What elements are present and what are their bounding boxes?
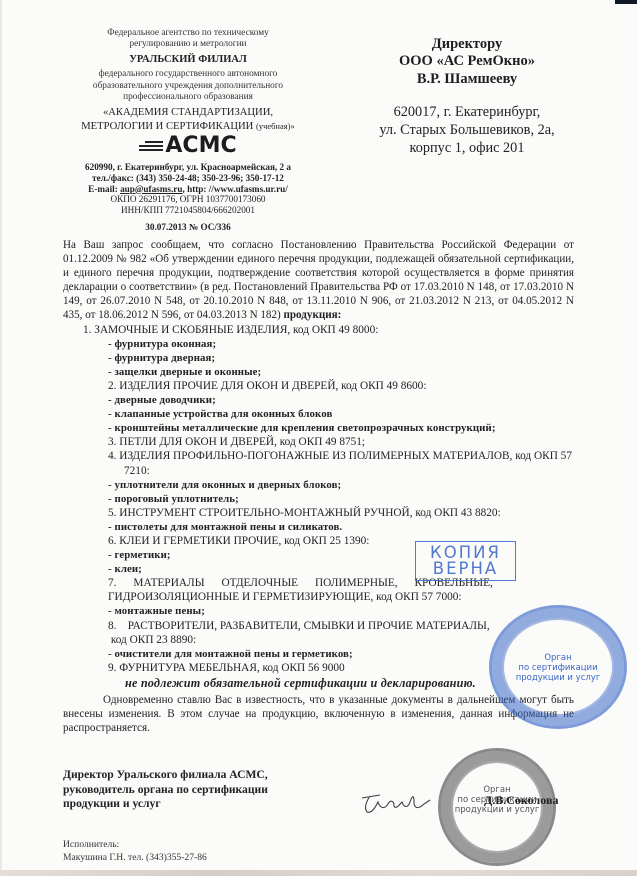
institution-line: федерального государственного автономног…: [62, 69, 314, 80]
recipient-address-line: 620017, г. Екатеринбург,: [342, 104, 592, 122]
handwritten-signature-icon: [358, 790, 438, 818]
recipient-address: 620017, г. Екатеринбург, ул. Старых Боль…: [342, 104, 592, 158]
scan-edge: [0, 0, 2, 876]
signatory-name: Д.В.Соколова: [484, 793, 558, 808]
category-4: 4. ИЗДЕЛИЯ ПРОФИЛЬНО-ПОГОНАЖНЫЕ ИЗ ПОЛИМ…: [63, 449, 574, 477]
agency-line: Федеральное агентство по техническому: [62, 28, 314, 39]
scan-corner: [615, 0, 637, 4]
signatory-title-line: руководитель органа по сертификации: [63, 783, 268, 798]
academy-name: «АКАДЕМИЯ СТАНДАРТИЗАЦИИ, МЕТРОЛОГИИ И С…: [62, 106, 314, 132]
signatory-title-line: продукции и услуг: [63, 797, 268, 812]
list-item: - монтажные пены;: [63, 604, 574, 618]
closing-paragraph: Одновременно ставлю Вас в известность, ч…: [63, 693, 574, 735]
academy-line: «АКАДЕМИЯ СТАНДАРТИЗАЦИИ,: [62, 106, 314, 119]
copy-certified-stamp: КОПИЯ ВЕРНА: [415, 541, 516, 581]
executor-label: Исполнитель:: [63, 838, 207, 851]
list-item: - пороговый уплотнитель;: [63, 492, 574, 506]
intro-bold-tail: продукция:: [281, 309, 342, 321]
logo-bars-icon: [139, 141, 163, 151]
intro-paragraph: На Ваш запрос сообщаем, что согласно Пос…: [63, 238, 574, 323]
list-item: - дверные доводчики;: [63, 393, 574, 407]
recipient-name: В.Р. Шамшееву: [342, 71, 592, 88]
institution-line: образовательного учреждения дополнительн…: [62, 81, 314, 92]
seal-text: Орган по сертификации продукции и услуг: [492, 653, 624, 683]
seal-line: Орган: [492, 653, 624, 663]
email-label: E-mail:: [88, 184, 118, 194]
recipient-address-line: корпус 1, офис 201: [342, 140, 592, 158]
recipient-address-line: ул. Старых Большевиков, 2а,: [342, 122, 592, 140]
list-item: - пистолеты для монтажной пены и силикат…: [63, 520, 574, 534]
letterhead-contacts: 620990, г. Екатеринбург, ул. Красноармей…: [62, 162, 314, 216]
category-3: 3. ПЕТЛИ ДЛЯ ОКОН И ДВЕРЕЙ, код ОКП 49 8…: [63, 435, 574, 449]
recipient-title: Директору: [342, 36, 592, 53]
okpo-ogrn: ОКПО 26291176, ОГРН 1037700173060: [62, 194, 314, 205]
inn-kpp: ИНН/КПП 7721045804/666202001: [62, 205, 314, 216]
signatory-title-line: Директор Уральского филиала АСМС,: [63, 768, 268, 783]
list-item: - клапанные устройства для оконных блоко…: [63, 407, 574, 421]
agency-line: регулированию и метрологии: [62, 39, 314, 50]
list-item: - кронштейны металлические для крепления…: [63, 421, 574, 435]
executor-block: Исполнитель: Макушина Г.Н. тел. (343)355…: [63, 838, 207, 864]
list-item: - защелки дверные и оконные;: [63, 365, 574, 379]
web-link[interactable]: http: //www.ufasms.ur.ru/: [187, 184, 288, 194]
scan-bottom-edge: [0, 870, 637, 876]
seal-line: по сертификации: [492, 663, 624, 673]
branch-name: УРАЛЬСКИЙ ФИЛИАЛ: [62, 54, 314, 67]
stamp-line: ВЕРНА: [416, 561, 515, 577]
asms-logo: АСМС: [62, 136, 314, 156]
category-7-line: ГИДРОИЗОЛЯЦИОННЫЕ И ГЕРМЕТИЗИРУЮЩИЕ, код…: [108, 590, 574, 604]
letterhead: Федеральное агентство по техническому ре…: [62, 28, 314, 233]
blue-seal-stamp: Орган по сертификации продукции и услуг: [489, 605, 627, 729]
recipient-company: ООО «АС РемОкно»: [342, 53, 592, 70]
product-list: 1. ЗАМОЧНЫЕ И СКОБЯНЫЕ ИЗДЕЛИЯ, код ОКП …: [63, 323, 574, 675]
seal-line: продукции и услуг: [492, 673, 624, 683]
institution-line: профессионального образования: [62, 92, 314, 103]
letterhead-phones: тел./факс: (343) 350-24-48; 350-23-96; 3…: [92, 173, 284, 183]
list-item: - уплотнители для оконных и дверных блок…: [63, 478, 574, 492]
category-1: 1. ЗАМОЧНЫЕ И СКОБЯНЫЕ ИЗДЕЛИЯ, код ОКП …: [63, 323, 574, 337]
academy-line: МЕТРОЛОГИИ И СЕРТИФИКАЦИИ (учебная)»: [62, 120, 314, 133]
academy-line-text: МЕТРОЛОГИИ И СЕРТИФИКАЦИИ: [81, 121, 253, 132]
executor-contact: Макушина Г.Н. тел. (343)355-27-86: [63, 851, 207, 864]
signatory-title: Директор Уральского филиала АСМС, руково…: [63, 768, 268, 812]
category-2: 2. ИЗДЕЛИЯ ПРОЧИЕ ДЛЯ ОКОН И ДВЕРЕЙ, код…: [63, 379, 574, 393]
list-item: - фурнитура дверная;: [63, 351, 574, 365]
list-item: - фурнитура оконная;: [63, 337, 574, 351]
document-date-number: 30.07.2013 № ОС/336: [62, 222, 314, 233]
letterhead-address: 620990, г. Екатеринбург, ул. Красноармей…: [85, 162, 291, 172]
logo-text: АСМС: [165, 136, 236, 156]
category-5: 5. ИНСТРУМЕНТ СТРОИТЕЛЬНО-МОНТАЖНЫЙ РУЧН…: [63, 506, 574, 520]
recipient-block: Директору ООО «АС РемОкно» В.Р. Шамшееву…: [342, 36, 592, 158]
email-link[interactable]: aup@ufasms.ru: [120, 184, 182, 194]
academy-suffix: (учебная)»: [256, 121, 295, 131]
